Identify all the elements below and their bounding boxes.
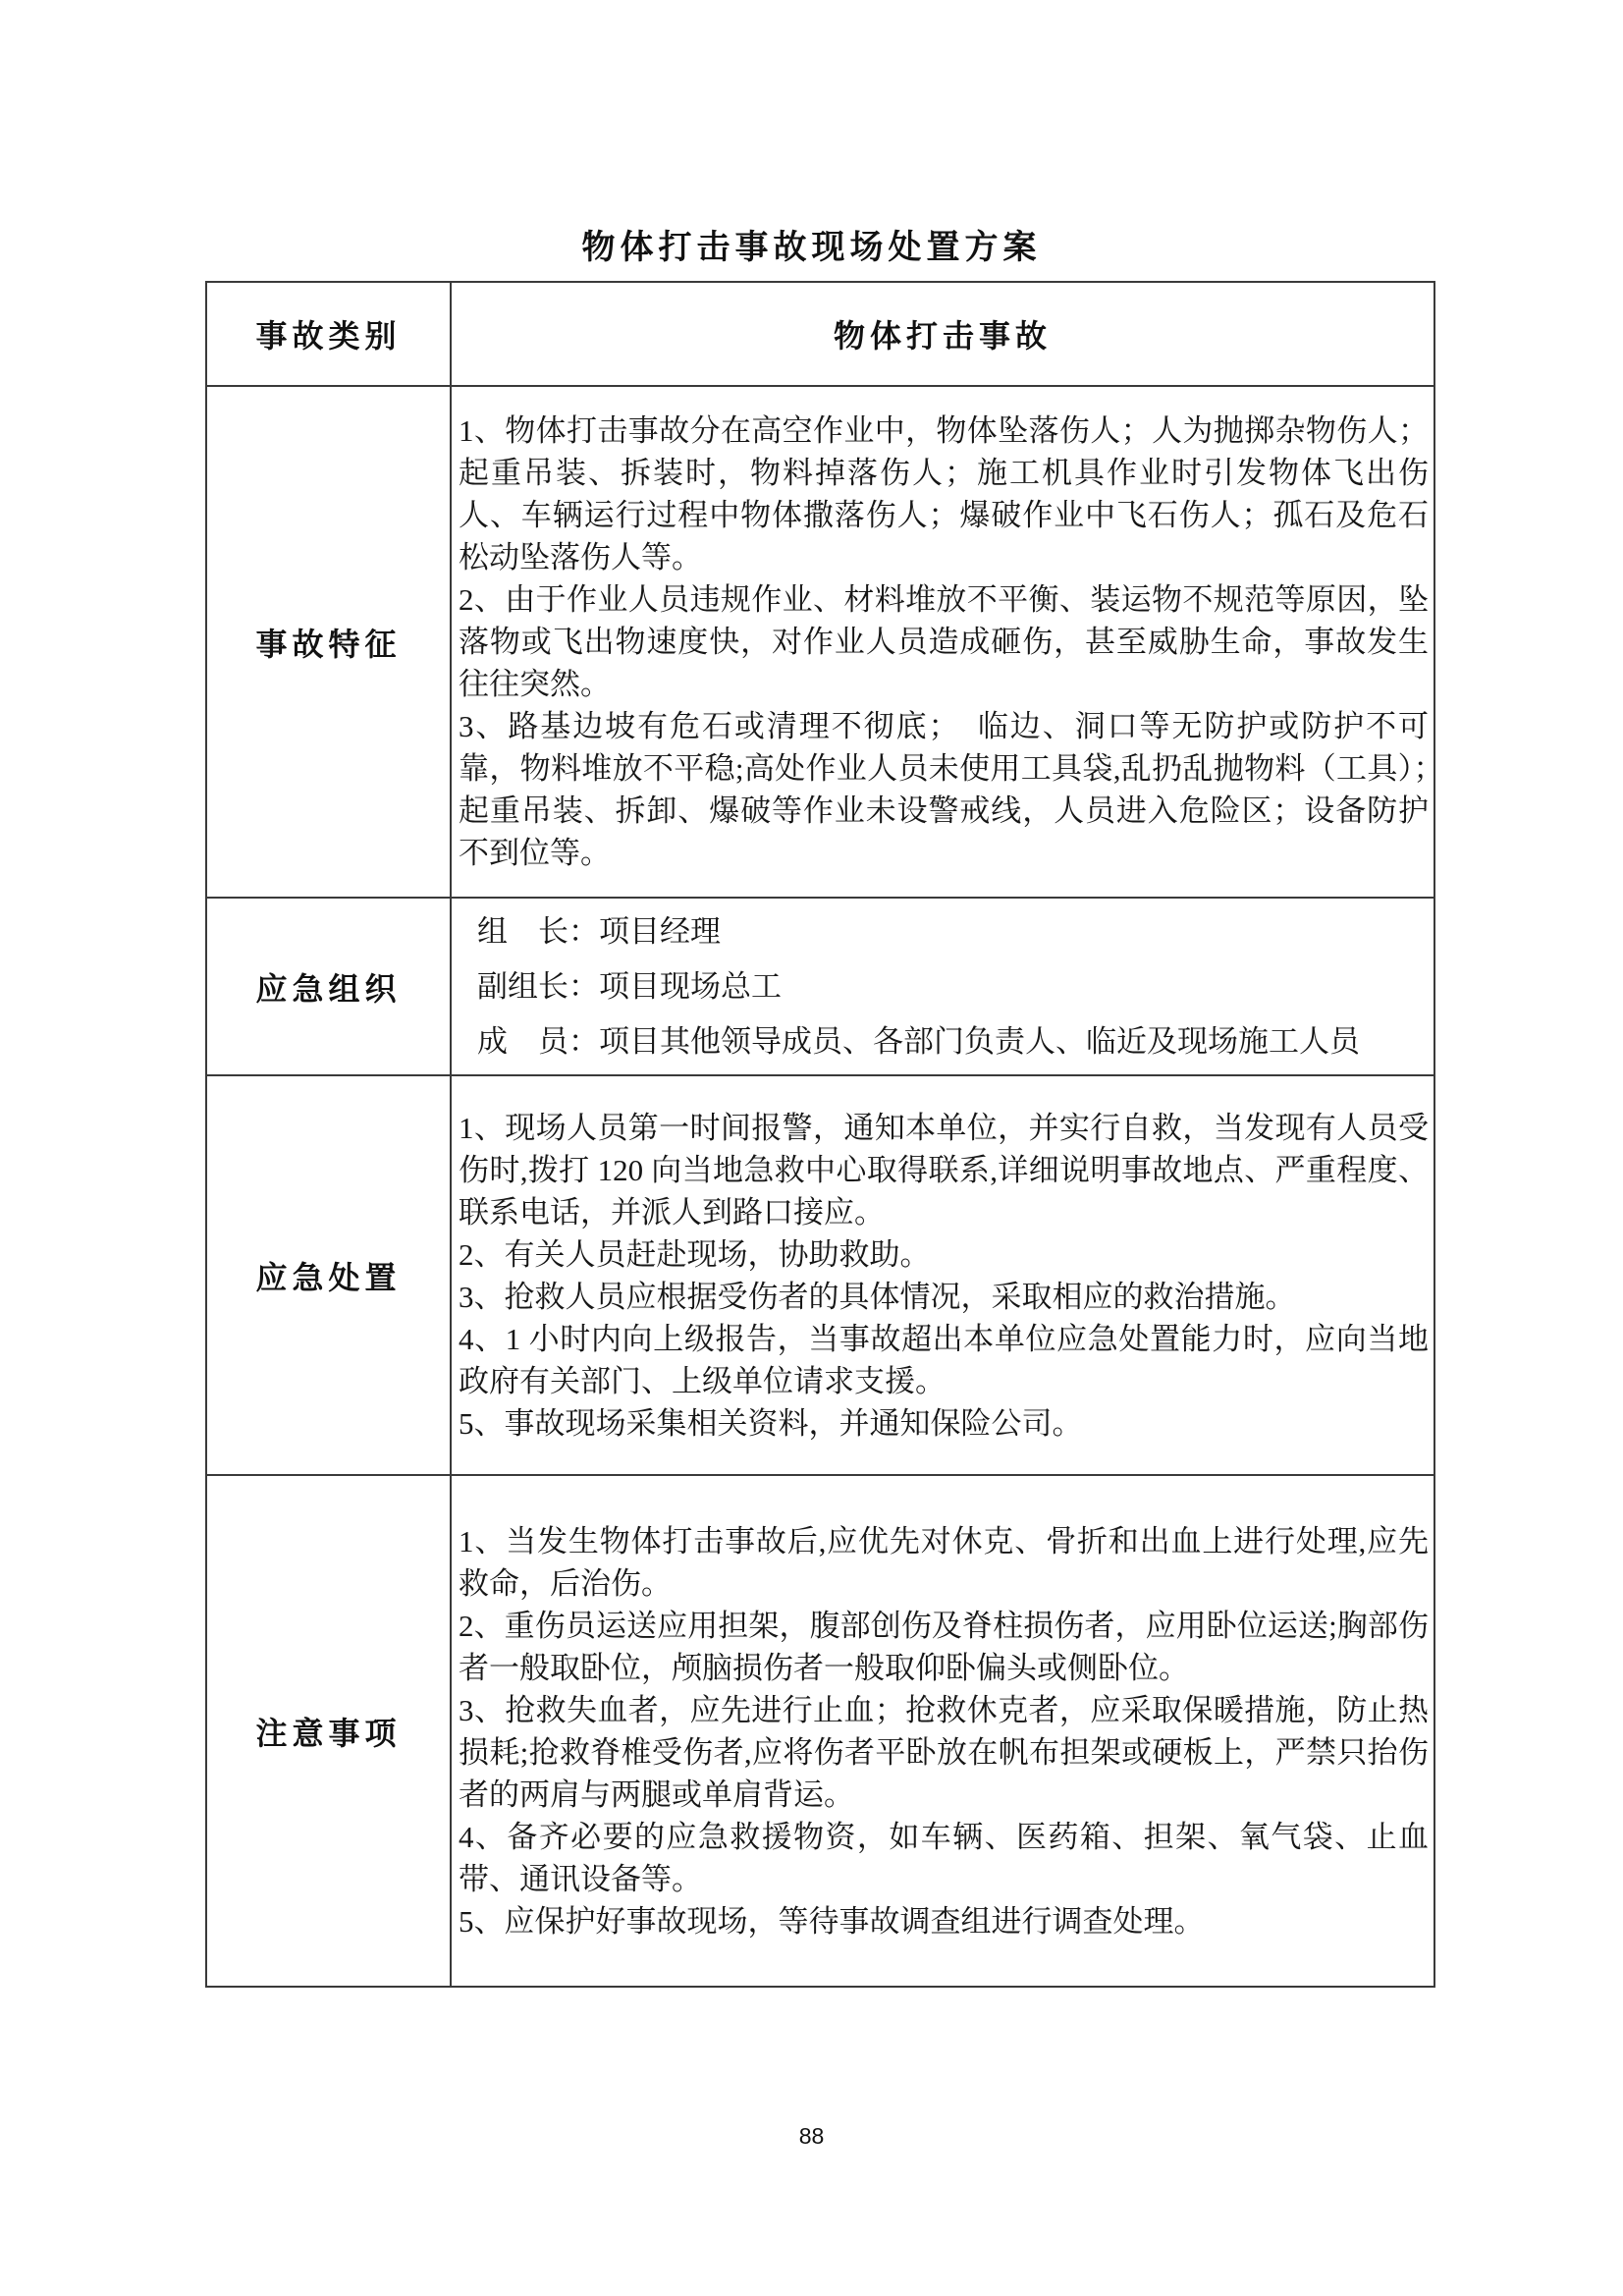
paragraph: 3、路基边坡有危石或清理不彻底； 临边、洞口等无防护或防护不可靠，物料堆放不平稳… — [459, 705, 1429, 874]
header-category-label: 事故类别 — [206, 282, 451, 386]
paragraph: 成 员：项目其他领导成员、各部门负责人、临近及现场施工人员 — [477, 1014, 1429, 1069]
header-category-value: 物体打击事故 — [451, 282, 1434, 386]
table-header-row: 事故类别 物体打击事故 — [206, 282, 1434, 386]
table-row: 应急处置 1、现场人员第一时间报警，通知本单位，并实行自救，当发现有人员受伤时,… — [206, 1075, 1434, 1475]
paragraph: 3、抢救人员应根据受伤者的具体情况，采取相应的救治措施。 — [459, 1276, 1429, 1318]
paragraph: 1、当发生物体打击事故后,应优先对休克、骨折和出血上进行处理,应先救命，后治伤。 — [459, 1520, 1429, 1605]
row-label-emergency-organization: 应急组织 — [206, 898, 451, 1075]
row-label-emergency-handling: 应急处置 — [206, 1075, 451, 1475]
paragraph: 副组长：项目现场总工 — [477, 959, 1429, 1014]
row-content-emergency-handling: 1、现场人员第一时间报警，通知本单位，并实行自救，当发现有人员受伤时,拨打 12… — [451, 1075, 1434, 1475]
plan-table: 事故类别 物体打击事故 事故特征 1、物体打击事故分在高空作业中，物体坠落伤人；… — [205, 281, 1435, 1988]
page-number: 88 — [0, 2123, 1623, 2150]
paragraph: 1、物体打击事故分在高空作业中，物体坠落伤人；人为抛掷杂物伤人；起重吊装、拆装时… — [459, 410, 1429, 578]
row-content-precautions: 1、当发生物体打击事故后,应优先对休克、骨折和出血上进行处理,应先救命，后治伤。… — [451, 1475, 1434, 1987]
row-content-accident-features: 1、物体打击事故分在高空作业中，物体坠落伤人；人为抛掷杂物伤人；起重吊装、拆装时… — [451, 386, 1434, 898]
paragraph: 4、1 小时内向上级报告，当事故超出本单位应急处置能力时，应向当地政府有关部门、… — [459, 1318, 1429, 1402]
paragraph: 5、事故现场采集相关资料，并通知保险公司。 — [459, 1402, 1429, 1445]
document-page: 物体打击事故现场处置方案 事故类别 物体打击事故 事故特征 1、物体打击事故分在… — [0, 0, 1623, 2296]
paragraph: 3、抢救失血者，应先进行止血；抢救休克者，应采取保暖措施，防止热损耗;抢救脊椎受… — [459, 1689, 1429, 1816]
table-row: 注意事项 1、当发生物体打击事故后,应优先对休克、骨折和出血上进行处理,应先救命… — [206, 1475, 1434, 1987]
paragraph: 组 长：项目经理 — [477, 904, 1429, 959]
table-row: 应急组织 组 长：项目经理副组长：项目现场总工成 员：项目其他领导成员、各部门负… — [206, 898, 1434, 1075]
paragraph: 2、有关人员赶赴现场，协助救助。 — [459, 1233, 1429, 1276]
paragraph: 1、现场人员第一时间报警，通知本单位，并实行自救，当发现有人员受伤时,拨打 12… — [459, 1107, 1429, 1233]
table-row: 事故特征 1、物体打击事故分在高空作业中，物体坠落伤人；人为抛掷杂物伤人；起重吊… — [206, 386, 1434, 898]
row-content-emergency-organization: 组 长：项目经理副组长：项目现场总工成 员：项目其他领导成员、各部门负责人、临近… — [451, 898, 1434, 1075]
paragraph: 2、由于作业人员违规作业、材料堆放不平衡、装运物不规范等原因，坠落物或飞出物速度… — [459, 578, 1429, 705]
row-label-accident-features: 事故特征 — [206, 386, 451, 898]
row-label-precautions: 注意事项 — [206, 1475, 451, 1987]
page-title: 物体打击事故现场处置方案 — [0, 220, 1623, 268]
paragraph: 5、应保护好事故现场，等待事故调查组进行调查处理。 — [459, 1900, 1429, 1942]
paragraph: 4、备齐必要的应急救援物资，如车辆、医药箱、担架、氧气袋、止血带、通讯设备等。 — [459, 1816, 1429, 1900]
paragraph: 2、重伤员运送应用担架，腹部创伤及脊柱损伤者，应用卧位运送;胸部伤者一般取卧位，… — [459, 1605, 1429, 1689]
